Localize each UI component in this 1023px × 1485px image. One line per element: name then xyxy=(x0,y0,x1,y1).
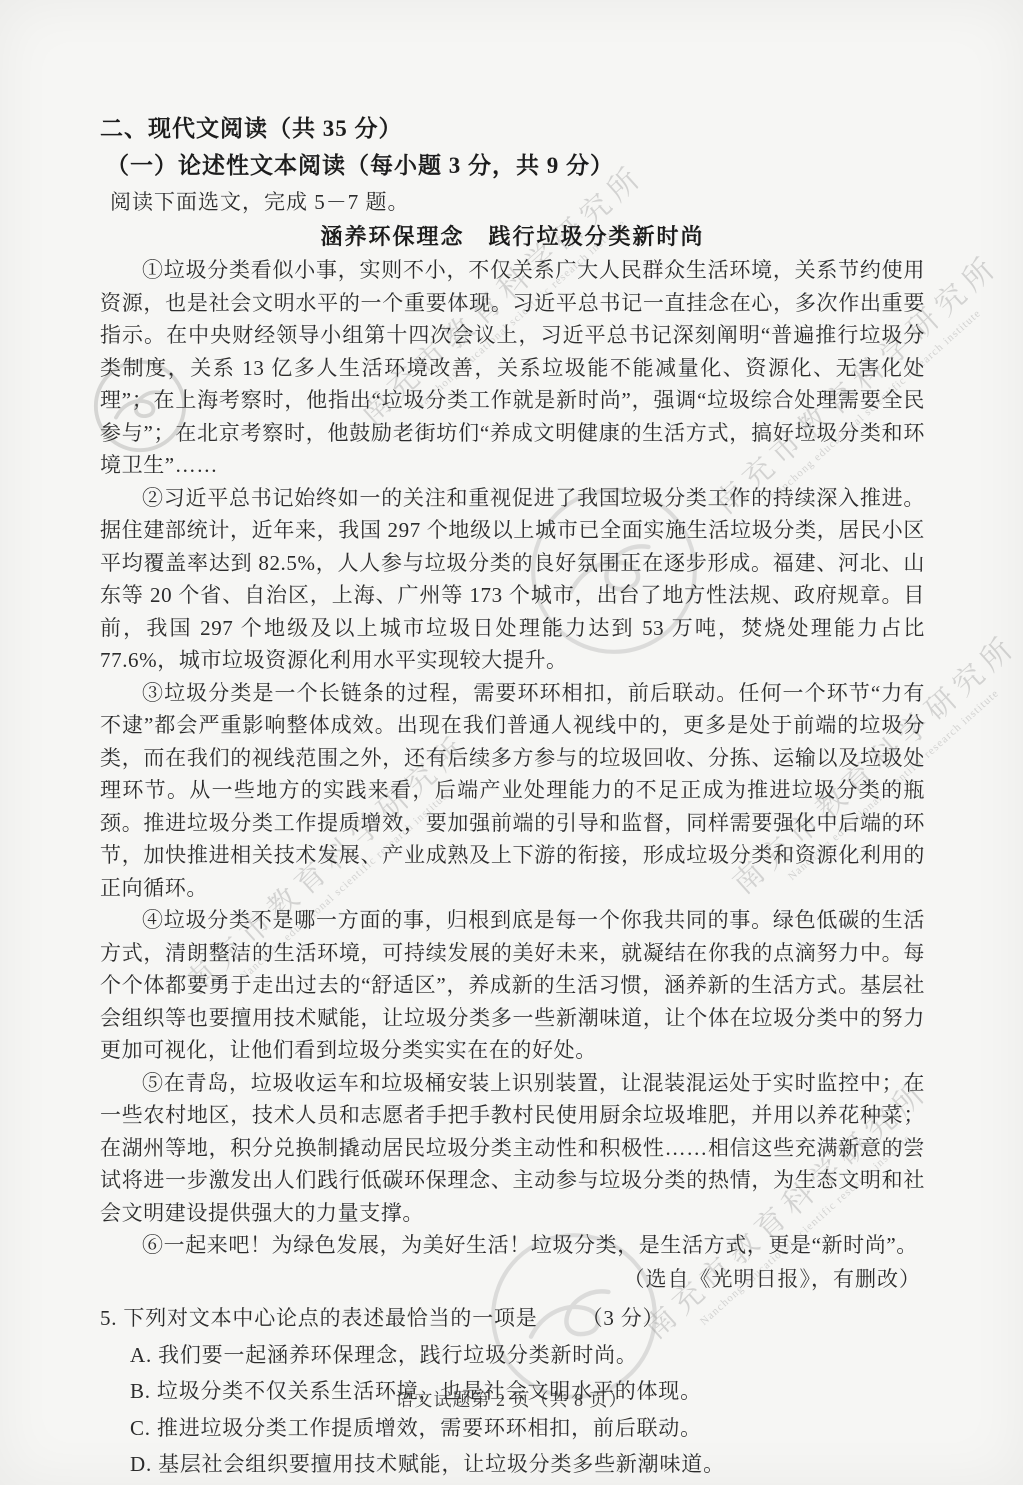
article-source: （选自《光明日报》，有删改） xyxy=(100,1262,925,1296)
section-heading: 二、现代文阅读（共 35 分） xyxy=(100,110,925,147)
article-paragraph-3: ③垃圾分类是一个长链条的过程，需要环环相扣，前后联动。任何一个环节“力有不逮”都… xyxy=(100,677,925,905)
article-paragraph-6: ⑥一起来吧！为绿色发展，为美好生活！垃圾分类，是生活方式，更是“新时尚”。 xyxy=(100,1229,925,1262)
section-subheading: （一）论述性文本阅读（每小题 3 分，共 9 分） xyxy=(100,147,925,184)
question-5-option-c: C. 推进垃圾分类工作提质增效，需要环环相扣，前后联动。 xyxy=(100,1410,925,1447)
exam-content: 二、现代文阅读（共 35 分） （一）论述性文本阅读（每小题 3 分，共 9 分… xyxy=(0,0,1023,1483)
article-paragraph-4: ④垃圾分类不是哪一方面的事，归根到底是每一个你我共同的事。绿色低碳的生活方式，清… xyxy=(100,904,925,1067)
question-5-score: （3 分） xyxy=(582,1306,665,1330)
reading-instruction: 阅读下面选文，完成 5－7 题。 xyxy=(100,184,925,220)
article-title: 涵养环保理念 践行垃圾分类新时尚 xyxy=(100,220,925,254)
article-paragraph-5: ⑤在青岛，垃圾收运车和垃圾桶安装上识别装置，让混装混运处于实时监控中；在一些农村… xyxy=(100,1067,925,1230)
article-paragraph-2: ②习近平总书记始终如一的关注和重视促进了我国垃圾分类工作的持续深入推进。据住建部… xyxy=(100,482,925,677)
question-5-stem-text: 5. 下列对文本中心论点的表述最恰当的一项是 xyxy=(100,1306,538,1330)
question-5-stem: 5. 下列对文本中心论点的表述最恰当的一项是（3 分） xyxy=(100,1300,925,1337)
page-footer: 语文试题第 2 页（共 8 页） xyxy=(0,1386,1023,1412)
exam-paper-page: 南充市教育科学研究所 Nanchong educational scientif… xyxy=(0,0,1023,1485)
question-5-option-a: A. 我们要一起涵养环保理念，践行垃圾分类新时尚。 xyxy=(100,1337,925,1374)
article-paragraph-1: ①垃圾分类看似小事，实则不小，不仅关系广大人民群众生活环境，关系节约使用资源，也… xyxy=(100,254,925,482)
question-5-option-d: D. 基层社会组织要擅用技术赋能，让垃圾分类多些新潮味道。 xyxy=(100,1446,925,1483)
